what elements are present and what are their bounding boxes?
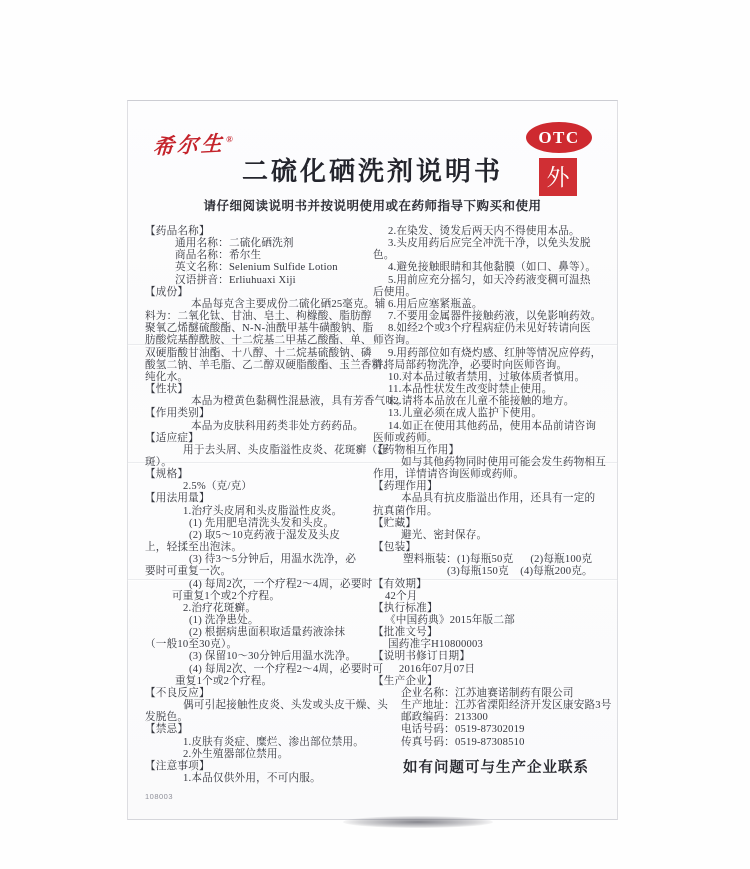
text-line: (3)每瓶150克 (4)每瓶200克。 (373, 566, 613, 578)
text-line: 抗真菌作用。 (373, 506, 613, 518)
scanned-page-background: 希尔生® OTC 外 二硫化硒洗剂说明书 请仔细阅读说明书并按说明使用或在药师指… (0, 0, 750, 869)
text-line: 【药品名称】 (145, 226, 388, 238)
otc-badge: OTC (526, 122, 592, 153)
text-line: (1) 洗净患处。 (145, 615, 388, 627)
text-line: 发脱色。 (145, 712, 388, 724)
text-line: 国药准字H10800003 (373, 639, 613, 651)
text-line: 1.本品仅供外用，不可内服。 (145, 773, 388, 785)
text-line: 【注意事项】 (145, 761, 388, 773)
paper-lift-shadow (343, 816, 493, 828)
text-line: (2) 根据病患面积取适量药液涂抹 (145, 627, 388, 639)
text-line: 重复1个或2个疗程。 (145, 676, 388, 688)
text-line: 如与其他药物同时使用可能会发生药物相互 (373, 457, 613, 469)
text-line: 10.对本品过敏者禁用，过敏体质者慎用。 (373, 372, 613, 384)
text-line: 【包装】 (373, 542, 613, 554)
right-text-column: 2.在染发、烫发后两天内不得使用本品。3.头皮用药后应完全冲洗干净，以免头发脱色… (373, 226, 613, 749)
text-line: 2.外生殖器部位禁用。 (145, 749, 388, 761)
text-line: 双硬脂酸甘油酯、十八醇、十二烷基硫酸钠、磷 (145, 348, 388, 360)
text-line: 医师或药师。 (373, 433, 613, 445)
text-line: 企业名称：江苏迪赛诺制药有限公司 (373, 688, 613, 700)
text-line: 色。 (373, 250, 613, 262)
text-line: 9.用药部位如有烧灼感、红肿等情况应停药， (373, 348, 613, 360)
text-line: 用于去头屑、头皮脂溢性皮炎、花斑癣（汗 (145, 445, 388, 457)
text-line: 7.不要用金属器件接触药液，以免影响药效。 (373, 311, 613, 323)
text-line: 汉语拼音：Erliuhuaxi Xiji (145, 275, 388, 287)
text-line: (4) 每周2次、一个疗程2～4周，必要时可 (145, 664, 388, 676)
document-subtitle: 请仔细阅读说明书并按说明使用或在药师指导下购买和使用 (128, 196, 617, 214)
text-line: 42个月 (373, 591, 613, 603)
text-line: (3) 待3～5分钟后，用温水洗净，必 (145, 554, 388, 566)
text-line: 【贮藏】 (373, 518, 613, 530)
text-line: 可重复1个或2个疗程。 (145, 591, 388, 603)
text-line: 5.用前应充分摇匀，如天冷药液变稠可温热 (373, 275, 613, 287)
text-line: 本品为皮肤科用药类非处方药药品。 (145, 421, 388, 433)
text-line: 【性状】 (145, 384, 388, 396)
text-line: 《中国药典》2015年版二部 (373, 615, 613, 627)
text-line: 1.治疗头皮屑和头皮脂溢性皮炎。 (145, 506, 388, 518)
text-line: 6.用后应塞紧瓶盖。 (373, 299, 613, 311)
text-line: 14.如正在使用其他药品，使用本品前请咨询 (373, 421, 613, 433)
text-line: 3.头皮用药后应完全冲洗干净，以免头发脱 (373, 238, 613, 250)
text-line: 传真号码：0519-87308510 (373, 737, 613, 749)
text-line: 师咨询。 (373, 335, 613, 347)
text-line: 【作用类别】 (145, 408, 388, 420)
text-line: 8.如经2个或3个疗程病症仍未见好转请向医 (373, 323, 613, 335)
text-line: 上，轻揉至出泡沫。 (145, 542, 388, 554)
text-line: 2.5%（克/克） (145, 481, 388, 493)
text-line: 【用法用量】 (145, 493, 388, 505)
left-text-column: 【药品名称】通用名称：二硫化硒洗剂商品名称：希尔生英文名称：Selenium S… (145, 226, 388, 785)
text-line: 【不良反应】 (145, 688, 388, 700)
document-title: 二硫化硒洗剂说明书 (128, 151, 617, 188)
text-line: 4.避免接触眼睛和其他黏膜（如口、鼻等）。 (373, 262, 613, 274)
text-line: 1.皮肤有炎症、糜烂、渗出部位禁用。 (145, 737, 388, 749)
text-line: 【批准文号】 (373, 627, 613, 639)
text-line: (4) 每周2次，一个疗程2～4周，必要时 (145, 579, 388, 591)
text-line: 并将局部药物洗净，必要时向医师咨询。 (373, 360, 613, 372)
text-line: 12.请将本品放在儿童不能接触的地方。 (373, 396, 613, 408)
text-line: 【执行标准】 (373, 603, 613, 615)
text-line: 2.治疗花斑癣。 (145, 603, 388, 615)
text-line: 【生产企业】 (373, 676, 613, 688)
leaflet-paper: 希尔生® OTC 外 二硫化硒洗剂说明书 请仔细阅读说明书并按说明使用或在药师指… (127, 100, 618, 820)
text-line: 生产地址：江苏省溧阳经济开发区康安路3号 (373, 700, 613, 712)
text-line: 【说明书修订日期】 (373, 651, 613, 663)
text-line: 2016年07月07日 (373, 664, 613, 676)
text-line: 要时可重复一次。 (145, 566, 388, 578)
text-line: 偶可引起接触性皮炎、头发或头皮干燥、头 (145, 700, 388, 712)
text-line: 2.在染发、烫发后两天内不得使用本品。 (373, 226, 613, 238)
text-line: 【药物相互作用】 (373, 445, 613, 457)
text-line: 肪酸烷基醇酰胺、十二烷基二甲基乙酸酯、单、 (145, 335, 388, 347)
text-line: 聚氧乙烯醚硫酸酯、N-N-油酰甲基牛磺酸钠、脂 (145, 323, 388, 335)
text-line: 电话号码：0519-87302019 (373, 724, 613, 736)
text-line: 11.本品性状发生改变时禁止使用。 (373, 384, 613, 396)
text-line: 酸氢二钠、羊毛脂、乙二醇双硬脂酸酯、玉兰香精、 (145, 360, 388, 372)
text-line: 商品名称：希尔生 (145, 250, 388, 262)
text-line: 作用，详情请咨询医师或药师。 (373, 469, 613, 481)
text-line: 英文名称：Selenium Sulfide Lotion (145, 262, 388, 274)
text-line: 13.儿童必须在成人监护下使用。 (373, 408, 613, 420)
text-line: 后使用。 (373, 287, 613, 299)
contact-note: 如有问题可与生产企业联系 (386, 756, 606, 777)
text-line: 本品为橙黄色黏稠性混悬液，具有芳香气味。 (145, 396, 388, 408)
text-line: 【成份】 (145, 287, 388, 299)
text-line: 【禁忌】 (145, 724, 388, 736)
text-line: 纯化水。 (145, 372, 388, 384)
text-line: 【规格】 (145, 469, 388, 481)
text-line: (2) 取5～10克药液于湿发及头皮 (145, 530, 388, 542)
text-line: 塑料瓶装：(1)每瓶50克 (2)每瓶100克 (373, 554, 613, 566)
text-line: 本品具有抗皮脂溢出作用，还具有一定的 (373, 493, 613, 505)
text-line: 通用名称：二硫化硒洗剂 (145, 238, 388, 250)
text-line: 斑）。 (145, 457, 388, 469)
text-line: (3) 保留10～30分钟后用温水洗净。 (145, 651, 388, 663)
batch-code: 108003 (145, 792, 173, 801)
text-line: 邮政编码：213300 (373, 712, 613, 724)
text-line: 【药理作用】 (373, 481, 613, 493)
text-line: 料为：二氧化钛、甘油、皂土、枸橼酸、脂肪醇 (145, 311, 388, 323)
text-line: （一般10至30克）。 (145, 639, 388, 651)
text-line: 【适应症】 (145, 433, 388, 445)
text-line: (1) 先用肥皂清洗头发和头皮。 (145, 518, 388, 530)
registered-trademark-icon: ® (226, 134, 233, 144)
text-line: 避光、密封保存。 (373, 530, 613, 542)
text-line: 本品每克含主要成份二硫化硒25毫克。辅 (145, 299, 388, 311)
text-line: 【有效期】 (373, 579, 613, 591)
